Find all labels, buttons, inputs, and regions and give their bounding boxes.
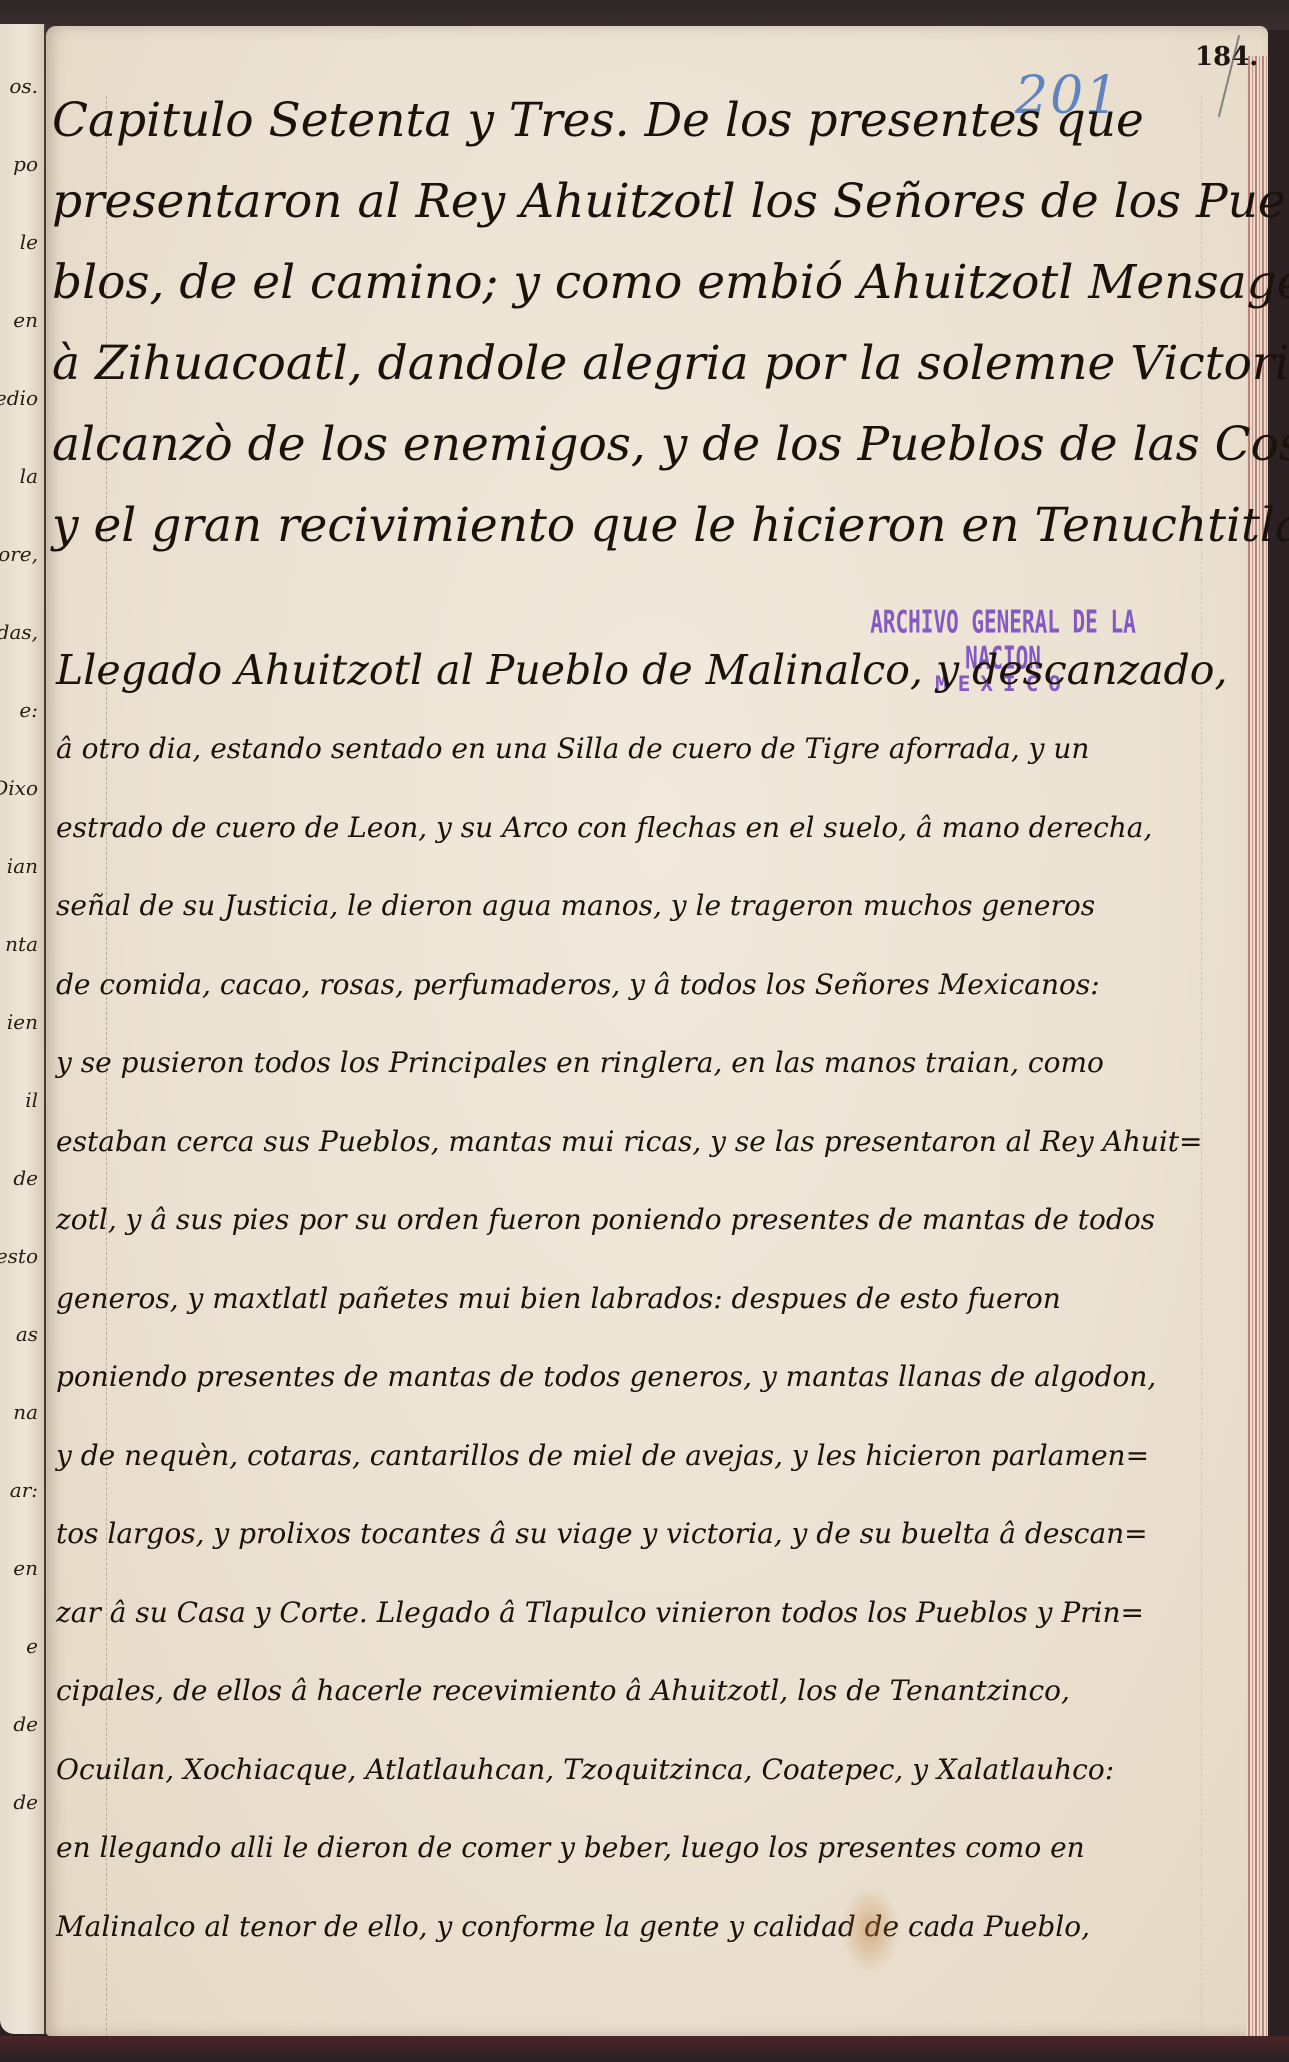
chapter-heading: Capitulo Setenta y Tres. <box>52 93 630 148</box>
facing-page-fragment: edio <box>0 386 38 410</box>
body-line: poniendo presentes de mantas de todos ge… <box>56 1338 1176 1417</box>
body-line: zar â su Casa y Corte. Llegado â Tlapulc… <box>56 1574 1176 1653</box>
facing-page-fragment: na <box>13 1400 38 1424</box>
chapter-heading-line: Capitulo Setenta y Tres. De los presente… <box>52 80 1232 161</box>
foxing-stain <box>840 1885 900 1975</box>
body-line: generos, y maxtlatl pañetes mui bien lab… <box>56 1260 1176 1339</box>
facing-page-fragment: ian <box>7 854 38 878</box>
folio-number: 184. <box>1195 42 1258 72</box>
facing-page-fragment: de <box>13 1712 38 1736</box>
body-line: y se pusieron todos los Principales en r… <box>56 1024 1176 1103</box>
body-line: zotl, y â sus pies por su orden fueron p… <box>56 1181 1176 1260</box>
chapter-title-line: blos, de el camino; y como embió Ahuitzo… <box>52 242 1232 323</box>
facing-page-fragment: la <box>20 464 38 488</box>
facing-page-fragment: nta <box>5 932 38 956</box>
body-line: de comida, cacao, rosas, perfumaderos, y… <box>56 946 1176 1025</box>
body-line: en llegando alli le dieron de comer y be… <box>56 1809 1176 1888</box>
body-line: Malinalco al tenor de ello, y conforme l… <box>56 1888 1176 1967</box>
facing-page-fragment: le <box>20 230 38 254</box>
body-line: estrado de cuero de Leon, y su Arco con … <box>56 789 1176 868</box>
facing-page-fragment: as <box>16 1322 38 1346</box>
facing-page-fragment: en <box>13 1556 38 1580</box>
facing-page-fragment: Dixo <box>0 776 38 800</box>
body-line: señal de su Justicia, le dieron agua man… <box>56 867 1176 946</box>
facing-page-edge: os.poleenediolaore,das,e:Dixoianntaienil… <box>0 24 46 2034</box>
facing-page-fragment: en <box>13 308 38 332</box>
chapter-title-line: alcanzò de los enemigos, y de los Pueblo… <box>52 404 1232 485</box>
chapter-title-line: De los presentes que <box>645 93 1144 148</box>
facing-page-fragment: esto <box>0 1244 38 1268</box>
chapter-title: Capitulo Setenta y Tres. De los presente… <box>52 80 1232 566</box>
facing-page-fragment: e: <box>19 698 38 722</box>
body-line: y de nequèn, cotaras, cantarillos de mie… <box>56 1417 1176 1496</box>
facing-page-fragment: ar: <box>10 1478 38 1502</box>
facing-page-fragment: de <box>13 1166 38 1190</box>
chapter-title-line: à Zihuacoatl, dandole alegria por la sol… <box>52 323 1232 404</box>
opening-line: Llegado Ahuitzotl al Pueblo de Malinalco… <box>56 630 1176 710</box>
body-line: tos largos, y prolixos tocantes â su via… <box>56 1495 1176 1574</box>
facing-page-fragment: das, <box>0 620 38 644</box>
facing-page-fragment: ore, <box>0 542 38 566</box>
facing-page-fragment: de <box>13 1790 38 1814</box>
body-text: Llegado Ahuitzotl al Pueblo de Malinalco… <box>56 630 1176 1966</box>
body-line: estaban cerca sus Pueblos, mantas mui ri… <box>56 1103 1176 1182</box>
facing-page-fragment: e <box>26 1634 38 1658</box>
chapter-title-line: presentaron al Rey Ahuitzotl los Señores… <box>52 161 1232 242</box>
body-line: â otro dia, estando sentado en una Silla… <box>56 710 1176 789</box>
book-cover-bottom <box>0 2036 1289 2062</box>
body-line: cipales, de ellos â hacerle recevimiento… <box>56 1652 1176 1731</box>
facing-page-fragment: po <box>13 152 38 176</box>
facing-page-fragment: os. <box>9 74 38 98</box>
chapter-title-line: y el gran recivimiento que le hicieron e… <box>52 485 1232 566</box>
facing-page-fragment: il <box>25 1088 38 1112</box>
facing-page-fragment: ien <box>7 1010 38 1034</box>
body-line: Ocuilan, Xochiacque, Atlatlauhcan, Tzoqu… <box>56 1731 1176 1810</box>
